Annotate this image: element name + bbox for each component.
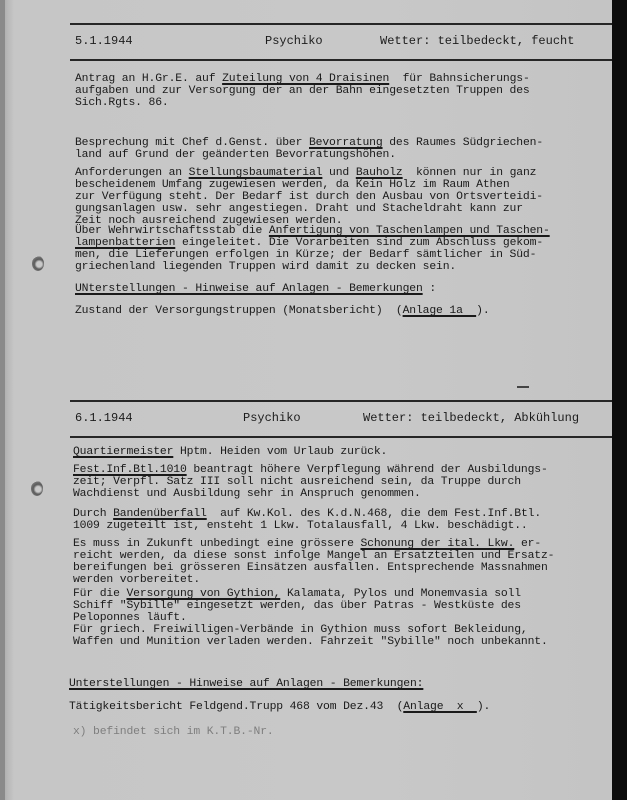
page-left-edge <box>0 0 5 800</box>
entry-date: 6.1.1944 <box>75 411 133 425</box>
entry-date: 5.1.1944 <box>75 34 133 48</box>
paragraph: Durch Bandenüberfall auf Kw.Kol. des K.d… <box>73 508 593 532</box>
underlined-phrase: Bandenüberfall <box>113 508 207 520</box>
paragraph: Quartiermeister Hptm. Heiden vom Urlaub … <box>73 446 593 458</box>
underlined-phrase: Zuteilung von 4 Draisinen <box>222 73 389 85</box>
header-rule-bottom <box>70 59 612 61</box>
annex-reference: Anlage 1a <box>403 305 477 317</box>
header-rule-top <box>70 23 612 25</box>
paragraph: Anforderungen an Stellungsbaumaterial un… <box>75 167 595 227</box>
paragraph: Antrag an H.Gr.E. auf Zuteilung von 4 Dr… <box>75 73 595 109</box>
underlined-phrase: Schonung der ital. Lkw. <box>360 538 514 550</box>
punch-hole <box>31 481 43 496</box>
entry-place: Psychiko <box>265 34 323 48</box>
paragraph: Fest.Inf.Btl.1010 beantragt höhere Verpf… <box>73 464 593 500</box>
underlined-phrase: Bevorratung <box>309 137 383 149</box>
paragraph: Es muss in Zukunft unbedingt eine grösse… <box>73 538 593 586</box>
remarks-line: Tätigkeitsbericht Feldgend.Trupp 468 vom… <box>69 701 589 713</box>
remarks-line: Zustand der Versorgungstruppen (Monatsbe… <box>75 305 595 317</box>
page-right-edge <box>612 0 627 800</box>
remarks-heading: UNterstellungen - Hinweise auf Anlagen -… <box>75 283 595 295</box>
underlined-phrase: Anfertigung von Taschenlampen und Tasche… <box>269 225 550 237</box>
remarks-heading: Unterstellungen - Hinweise auf Anlagen -… <box>69 678 589 690</box>
punch-hole <box>32 256 44 271</box>
underlined-phrase: Fest.Inf.Btl.1010 <box>73 464 187 476</box>
footnote: x) befindet sich im K.T.B.-Nr. <box>73 726 593 738</box>
annex-reference: Anlage x <box>403 701 477 713</box>
paragraph: Über Wehrwirtschaftsstab die Anfertigung… <box>75 225 595 273</box>
underlined-phrase: Bauholz <box>356 167 403 179</box>
underlined-phrase: Versorgung von Gythion, <box>126 588 280 600</box>
header-rule-top <box>70 400 612 402</box>
document-page: 5.1.1944 Psychiko Wetter: teilbedeckt, f… <box>0 0 612 800</box>
underlined-phrase: lampenbatterien <box>75 237 175 249</box>
underlined-phrase: Quartiermeister <box>73 446 173 458</box>
entry-weather: Wetter: teilbedeckt, Abkühlung <box>363 411 579 425</box>
entry-weather: Wetter: teilbedeckt, feucht <box>380 34 574 48</box>
header-rule-bottom <box>70 436 612 438</box>
ink-mark <box>517 386 529 388</box>
entry-place: Psychiko <box>243 411 301 425</box>
underlined-phrase: Stellungsbaumaterial <box>189 167 323 179</box>
paragraph: Für die Versorgung von Gythion, Kalamata… <box>73 588 593 648</box>
paragraph: Besprechung mit Chef d.Genst. über Bevor… <box>75 137 595 161</box>
